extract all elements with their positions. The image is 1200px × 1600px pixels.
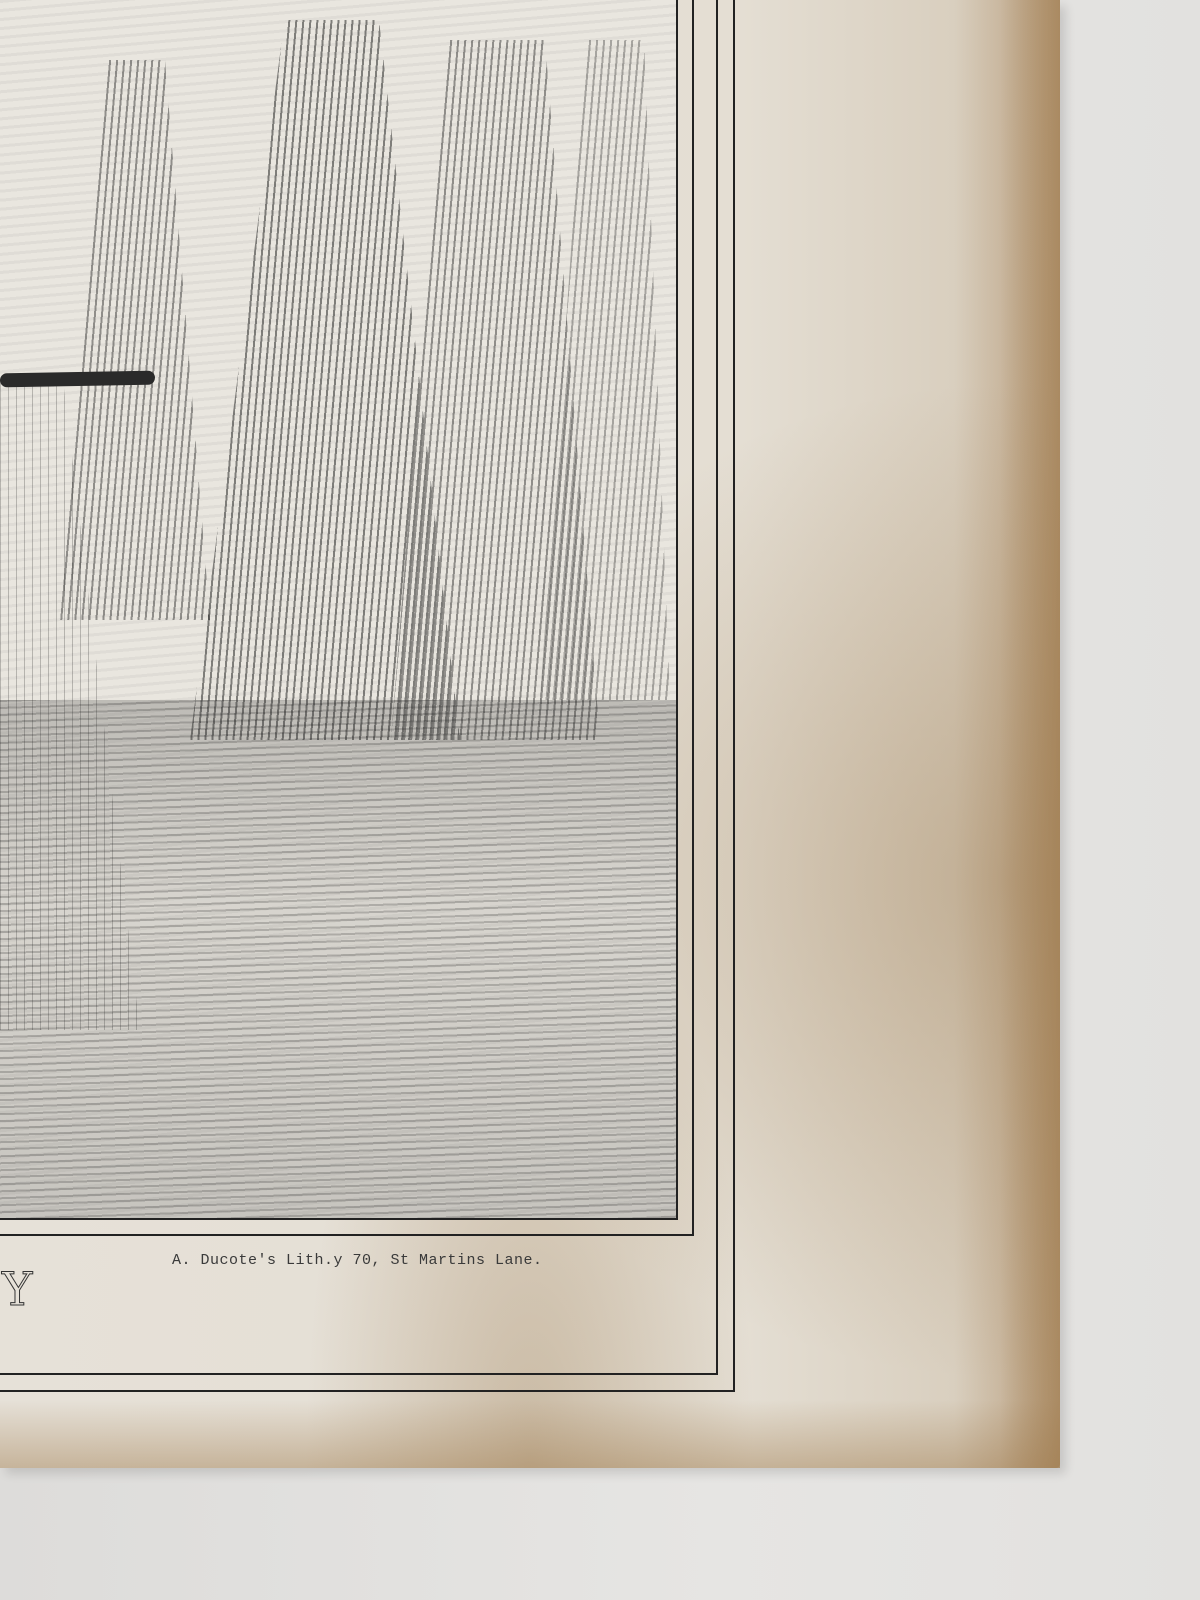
lithograph-image [0,0,676,1218]
staff [0,371,155,388]
frame-line-third-h [0,1373,718,1375]
frame-line-inner-h [0,1218,678,1220]
foxing-stain-bottom [0,1400,1060,1468]
print-paper: A. Ducote's Lith.y 70, St Martins Lane. … [0,0,1060,1468]
frame-line-outer-h [0,1390,735,1392]
frame-line-third-v [716,0,718,1375]
frame-line-second-v [692,0,694,1236]
printer-imprint: A. Ducote's Lith.y 70, St Martins Lane. [172,1252,543,1269]
foxing-stain-right [1000,0,1060,1468]
frame-line-inner-v [676,0,678,1220]
title-fragment: Y [2,1262,32,1316]
frame-line-outer-v [733,0,735,1392]
wheat-sheaf [60,60,210,620]
frame-line-second-h [0,1234,694,1236]
